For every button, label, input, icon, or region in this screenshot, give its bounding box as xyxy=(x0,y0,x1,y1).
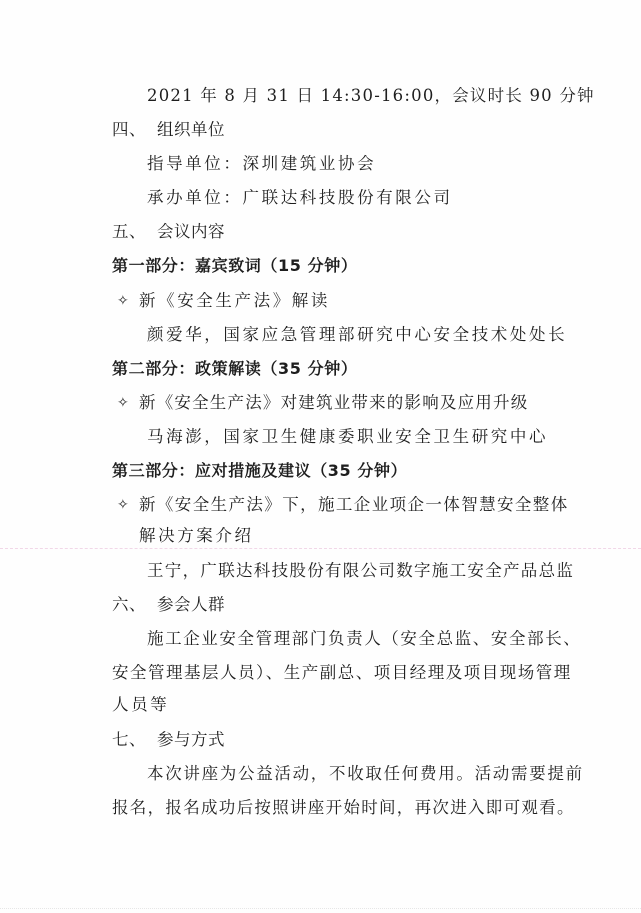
meeting-time-line: 2021 年 8 月 31 日 14:30-16:00，会议时长 90 分钟 xyxy=(0,84,641,108)
speaker-text: 王宁，广联达科技股份有限公司数字施工安全产品总监 xyxy=(147,559,574,583)
part-heading-3: 第三部分：应对措施及建议（35 分钟） xyxy=(0,459,641,483)
host-unit-line: 承办单位：广联达科技股份有限公司 xyxy=(0,186,641,210)
meeting-time-text: 2021 年 8 月 31 日 14:30-16:00，会议时长 90 分钟 xyxy=(147,84,595,108)
audience-text: 人员等 xyxy=(112,693,169,717)
section-heading-content: 五、 会议内容 xyxy=(0,220,641,244)
topic-text: 新《安全生产法》解读 xyxy=(139,289,330,313)
section-title: 参会人群 xyxy=(157,593,225,617)
part-heading-text: 第三部分：应对措施及建议（35 分钟） xyxy=(112,459,407,483)
participation-line-2: 报名，报名成功后按照讲座开始时间，再次进入即可观看。 xyxy=(0,796,641,820)
topic-text-line-1: 新《安全生产法》下，施工企业项企一体智慧安全整体 xyxy=(139,493,569,517)
topic-text-line-2: 解决方案介绍 xyxy=(139,524,254,548)
section-number: 七、 xyxy=(112,728,146,752)
section-number: 六、 xyxy=(112,593,146,617)
part-heading-text: 第一部分：嘉宾致词（15 分钟） xyxy=(112,254,357,278)
topic-text: 新《安全生产法》对建筑业带来的影响及应用升级 xyxy=(139,391,528,415)
diamond-bullet-icon: ✧ xyxy=(117,289,129,313)
speaker-text: 颜爱华，国家应急管理部研究中心安全技术处处长 xyxy=(147,323,567,347)
scan-artifact-line xyxy=(0,548,641,549)
part-topic-1: ✧ 新《安全生产法》解读 xyxy=(0,289,641,313)
audience-line-3: 人员等 xyxy=(0,693,641,717)
part-speaker-2: 马海澎，国家卫生健康委职业安全卫生研究中心 xyxy=(0,425,641,449)
part-speaker-3: 王宁，广联达科技股份有限公司数字施工安全产品总监 xyxy=(0,559,641,583)
part-heading-text: 第二部分：政策解读（35 分钟） xyxy=(112,357,357,381)
audience-text: 安全管理基层人员）、生产副总、项目经理及项目现场管理 xyxy=(112,661,572,685)
part-speaker-1: 颜爱华，国家应急管理部研究中心安全技术处处长 xyxy=(0,323,641,347)
participation-text: 本次讲座为公益活动，不收取任何费用。活动需要提前 xyxy=(147,762,584,786)
section-title: 组织单位 xyxy=(157,118,225,142)
part-topic-3: ✧ 新《安全生产法》下，施工企业项企一体智慧安全整体 xyxy=(0,493,641,517)
guide-unit-text: 指导单位：深圳建筑业协会 xyxy=(147,152,376,176)
section-title: 参与方式 xyxy=(157,728,225,752)
page-bottom-edge xyxy=(0,908,641,909)
part-heading-2: 第二部分：政策解读（35 分钟） xyxy=(0,357,641,381)
part-topic-2: ✧ 新《安全生产法》对建筑业带来的影响及应用升级 xyxy=(0,391,641,415)
section-number: 五、 xyxy=(112,220,146,244)
section-heading-participation: 七、 参与方式 xyxy=(0,728,641,752)
audience-text: 施工企业安全管理部门负责人（安全总监、安全部长、 xyxy=(147,627,581,651)
participation-text: 报名，报名成功后按照讲座开始时间，再次进入即可观看。 xyxy=(112,796,575,820)
audience-line-1: 施工企业安全管理部门负责人（安全总监、安全部长、 xyxy=(0,627,641,651)
section-number: 四、 xyxy=(112,118,146,142)
host-unit-text: 承办单位：广联达科技股份有限公司 xyxy=(147,186,453,210)
participation-line-1: 本次讲座为公益活动，不收取任何费用。活动需要提前 xyxy=(0,762,641,786)
section-heading-audience: 六、 参会人群 xyxy=(0,593,641,617)
part-topic-3-cont: 解决方案介绍 xyxy=(0,524,641,548)
diamond-bullet-icon: ✧ xyxy=(117,493,129,517)
section-heading-organizer: 四、 组织单位 xyxy=(0,118,641,142)
diamond-bullet-icon: ✧ xyxy=(117,391,129,415)
section-title: 会议内容 xyxy=(157,220,225,244)
part-heading-1: 第一部分：嘉宾致词（15 分钟） xyxy=(0,254,641,278)
speaker-text: 马海澎，国家卫生健康委职业安全卫生研究中心 xyxy=(147,425,548,449)
audience-line-2: 安全管理基层人员）、生产副总、项目经理及项目现场管理 xyxy=(0,661,641,685)
guide-unit-line: 指导单位：深圳建筑业协会 xyxy=(0,152,641,176)
